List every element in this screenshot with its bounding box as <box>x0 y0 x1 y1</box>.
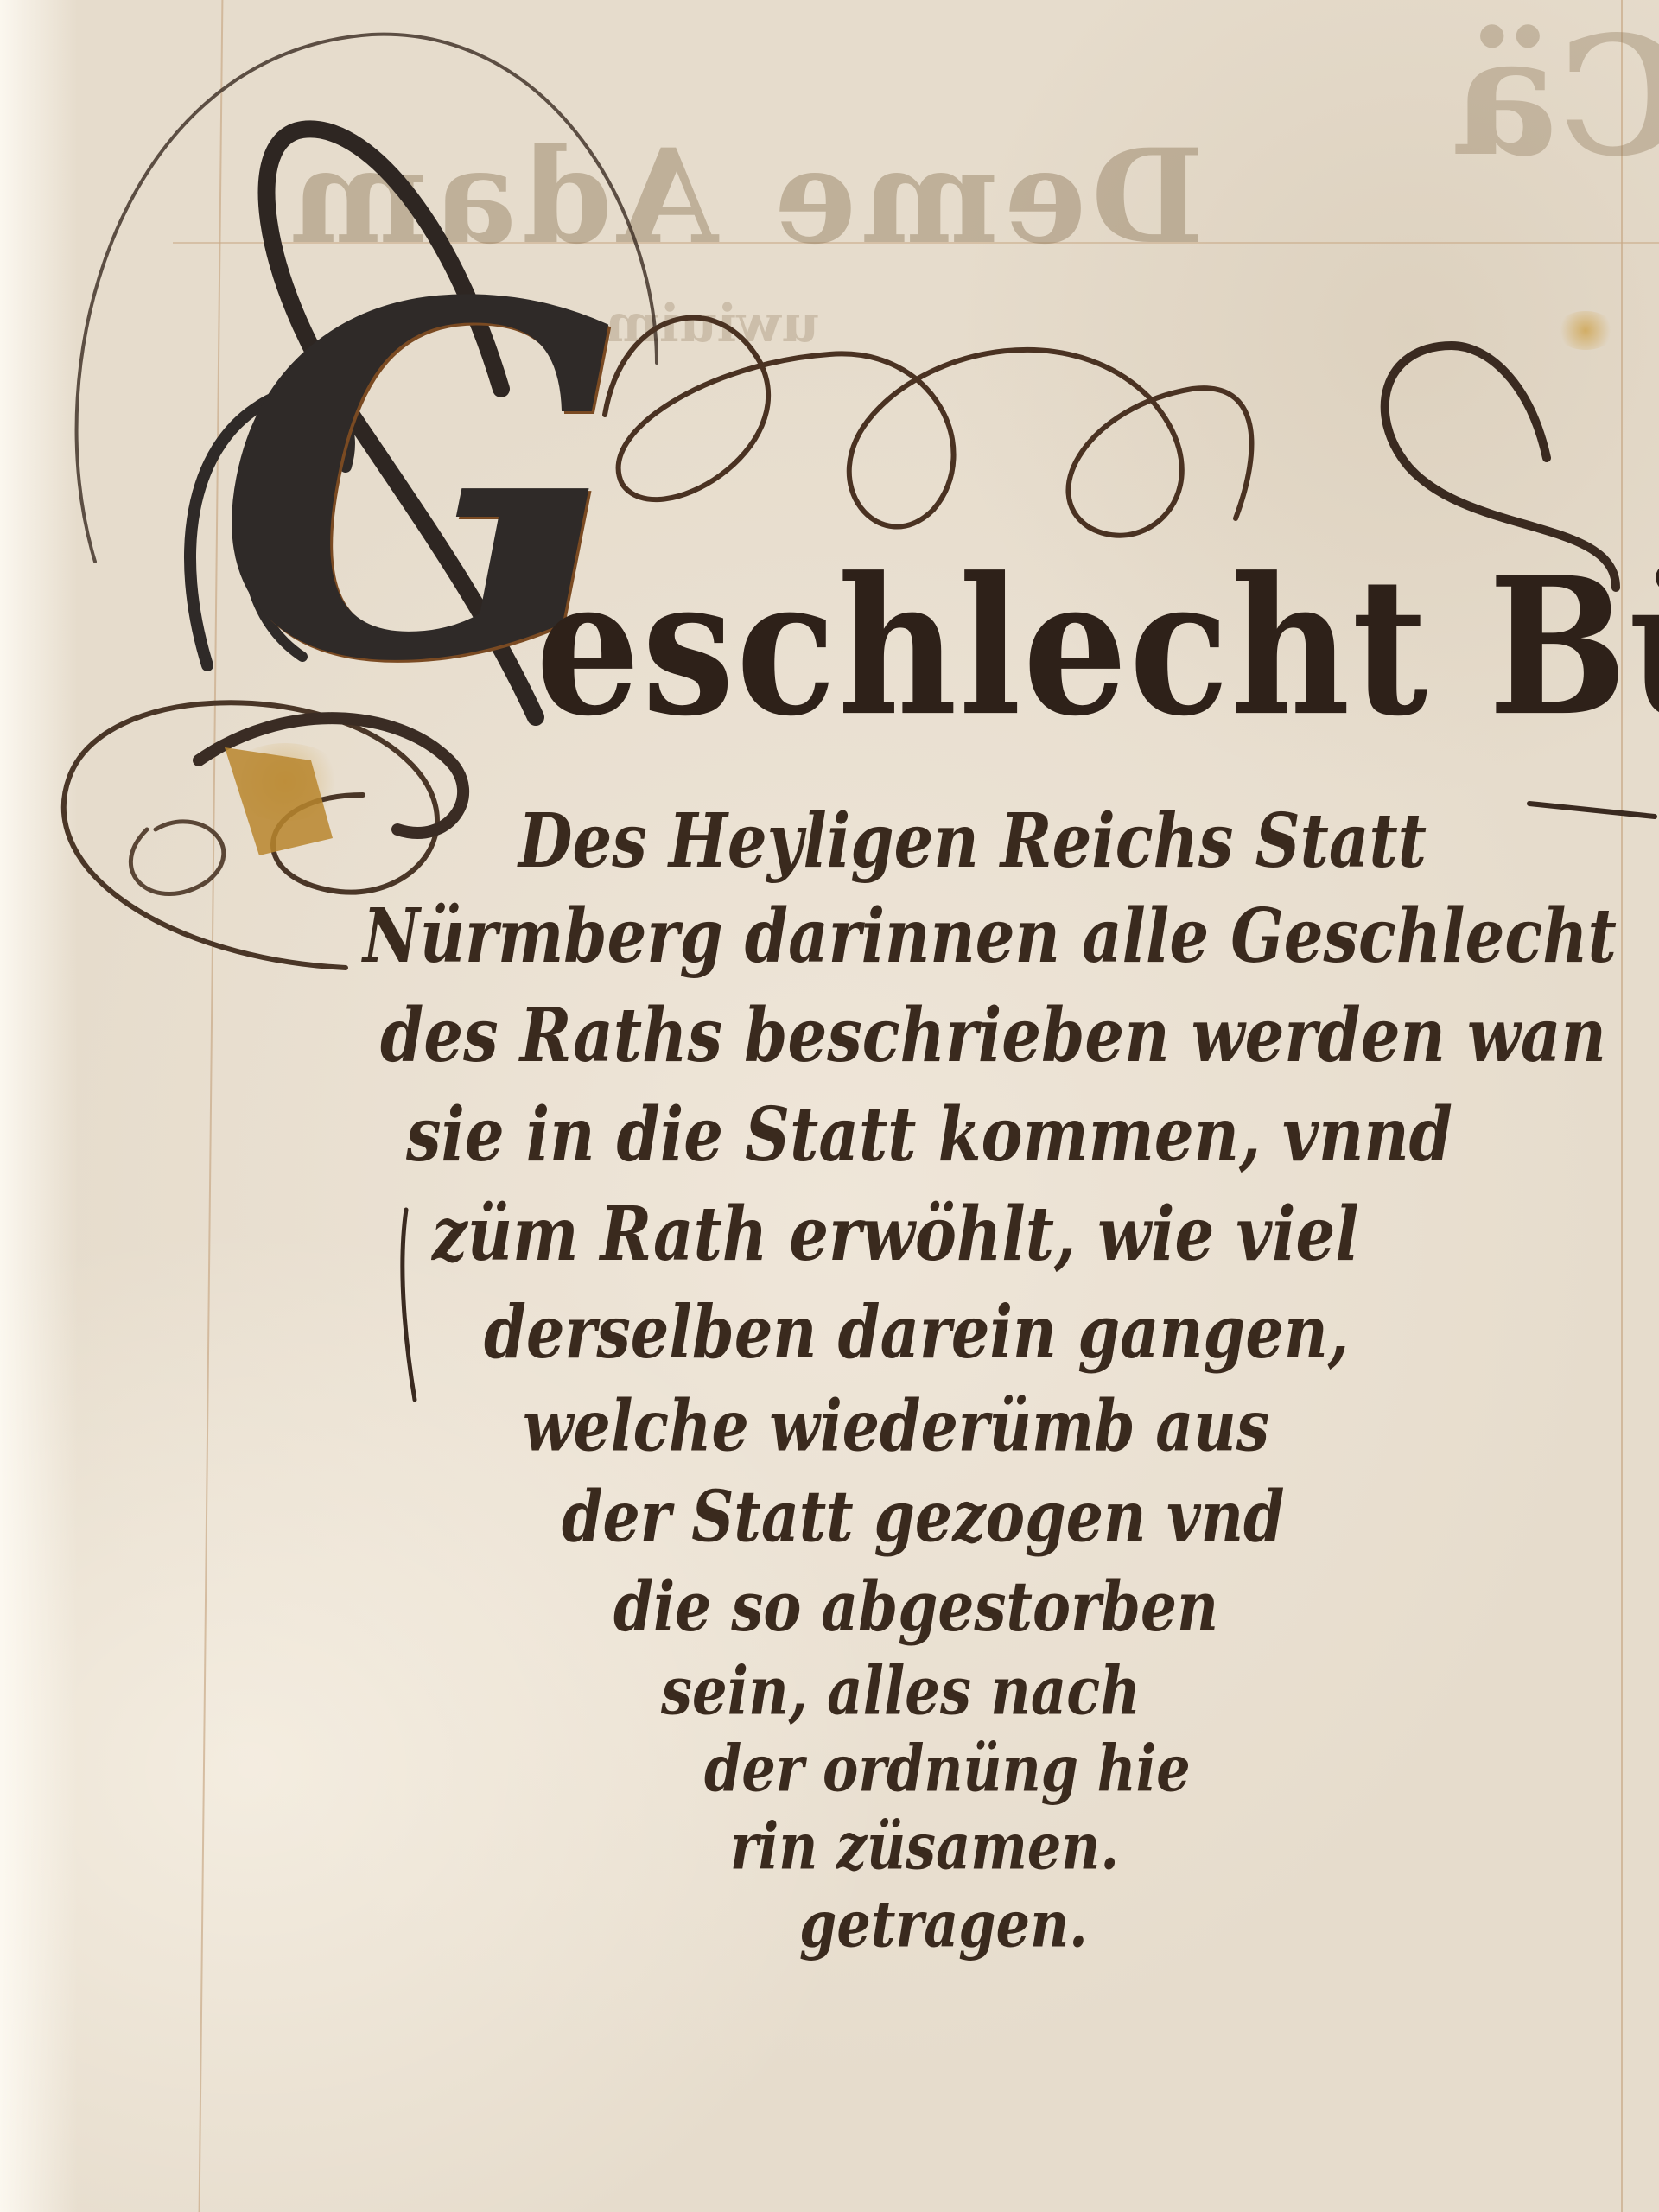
text-line: derselben darein gangen, <box>484 1296 1349 1369</box>
text-line: der ordnüng hie <box>704 1737 1191 1801</box>
text-line: sie in die Statt kommen, vnnd <box>406 1097 1452 1172</box>
text-line: getragen. <box>799 1892 1088 1956</box>
text-line: des Raths beschrieben werden wan <box>380 998 1606 1072</box>
text-line: rin züsamen. <box>730 1815 1119 1878</box>
text-line: Nürmberg darinnen alle Geschlecht <box>363 899 1617 973</box>
text-line: der Statt gezogen vnd <box>562 1482 1285 1553</box>
text-line: sein, alles nach <box>661 1659 1141 1726</box>
text-line: die so abgestorben <box>613 1573 1218 1641</box>
text-line: Des Heyligen Reichs Statt <box>518 804 1427 878</box>
text-line: züm Rath erwöhlt, wie viel <box>432 1197 1359 1271</box>
manuscript-page: Deme Adam uwiuim Cä <box>0 0 1659 2212</box>
page-title: eschlecht Büch <box>536 553 1659 742</box>
text-line: welche wiederümb aus <box>523 1391 1269 1462</box>
